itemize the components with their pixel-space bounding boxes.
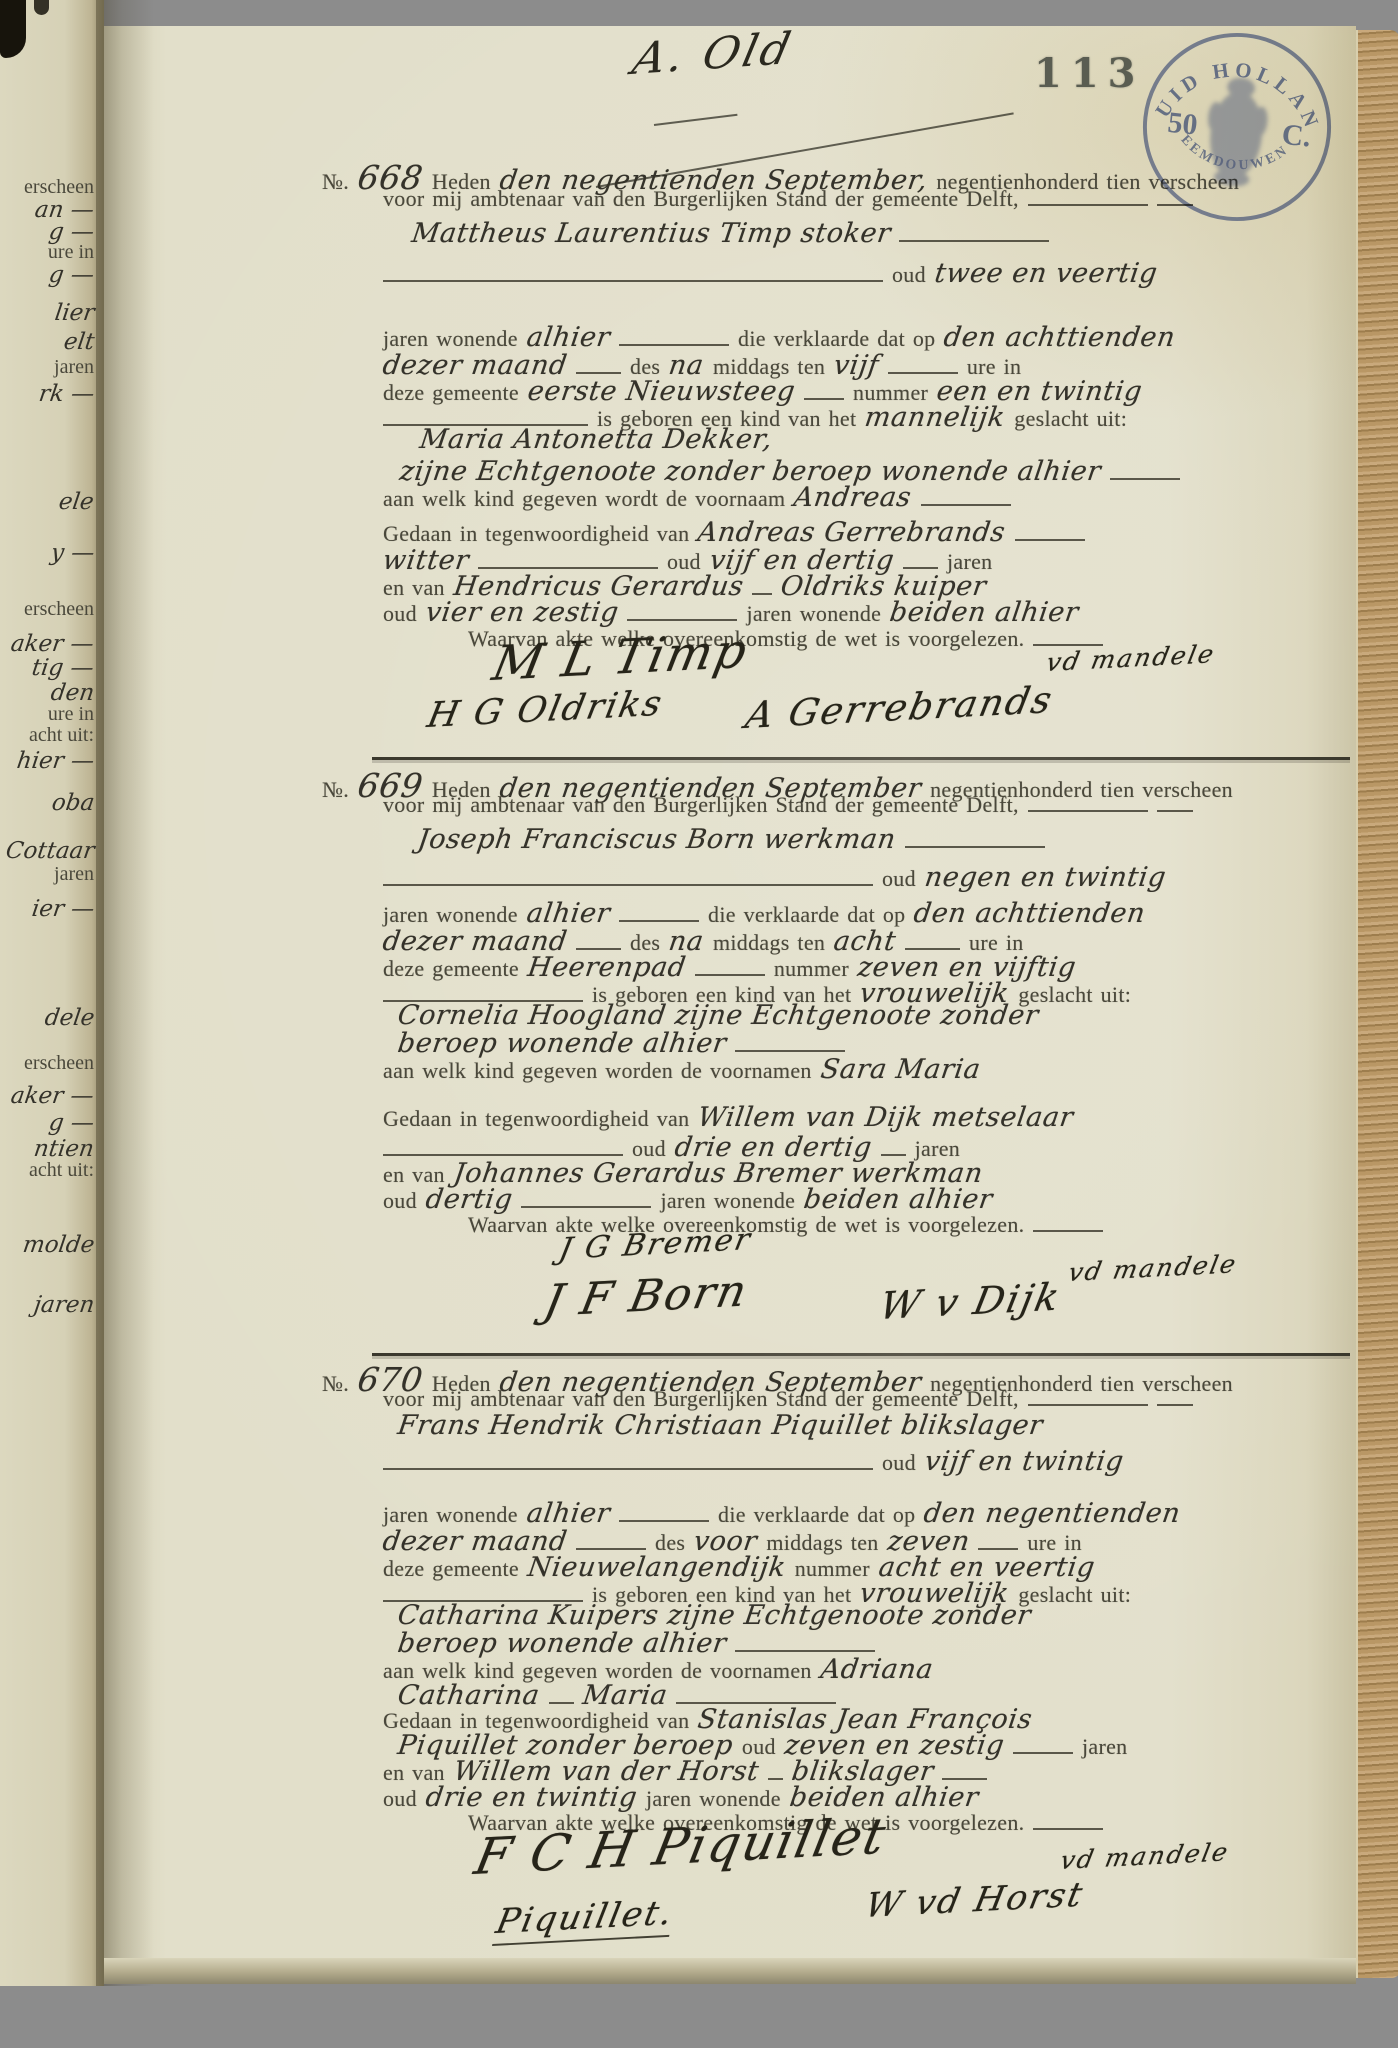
- handwritten-entry: Catharina Kuipers zijne Echtgenoote zond…: [396, 1600, 1033, 1631]
- blank-rule: [383, 880, 873, 886]
- record-670-line: jaren wonendealhierdie verklaarde dat op…: [383, 1498, 1190, 1529]
- blank-rule: [804, 394, 844, 400]
- blank-rule: [1028, 806, 1148, 812]
- blank-rule: [576, 1544, 646, 1550]
- blank-rule: [619, 340, 729, 346]
- blank-rule: [978, 1544, 1018, 1550]
- printed-form-text: geslacht uit:: [1014, 406, 1127, 431]
- blank-rule: [383, 1150, 623, 1156]
- printed-form-text: jaren wonende: [383, 326, 518, 351]
- printed-form-text: Gedaan in tegenwoordigheid van: [383, 521, 689, 546]
- record-668-line: Maria Antonetta Dekker,: [420, 424, 781, 455]
- handwritten-entry: Andreas Gerrebrands: [696, 517, 1008, 548]
- blank-rule: [1033, 1824, 1103, 1830]
- printed-form-text: voor mij ambtenaar van den Burgerlijken …: [383, 792, 1019, 817]
- handwritten-entry: werkman: [762, 824, 898, 855]
- printed-form-text: jaren wonende: [646, 1786, 781, 1811]
- blank-rule: [1028, 1400, 1148, 1406]
- printed-form-text: oud: [383, 1786, 417, 1811]
- handwritten-entry: Sara Maria: [819, 1054, 983, 1085]
- blank-rule: [735, 1046, 845, 1052]
- handwritten-entry: beiden alhier: [802, 1184, 995, 1215]
- blank-rule: [619, 916, 699, 922]
- record-668-line: jaren wonendealhierdie verklaarde dat op…: [383, 322, 1185, 353]
- record-668-line: Gedaan in tegenwoordigheid vanAndreas Ge…: [383, 517, 1094, 548]
- blank-rule: [735, 1646, 875, 1652]
- record-668-line: Mattheus Laurentius Timpstoker: [412, 218, 1058, 249]
- scanned-register-page: erscheenan —g —ure ing —liereltjarenrk —…: [0, 0, 1398, 2048]
- record-separator: [372, 1353, 1350, 1356]
- signature-vd-mandele: vd mandele: [1058, 1837, 1232, 1875]
- blank-rule: [899, 236, 1049, 242]
- printed-form-text: jaren wonende: [660, 1188, 795, 1213]
- handwritten-entry: den achttienden: [912, 898, 1148, 929]
- printed-form-text: №.: [322, 169, 349, 194]
- record-668-line: oudtwee en veertig: [383, 258, 1166, 289]
- printed-form-text: die verklaarde dat op: [738, 326, 935, 351]
- blank-rule: [881, 1150, 906, 1156]
- handwritten-entry: mannelijk: [863, 402, 1007, 433]
- printed-form-text: voor mij ambtenaar van den Burgerlijken …: [383, 186, 1019, 211]
- blank-rule: [942, 1774, 987, 1780]
- record-668-line: aan welk kind gegeven wordt de voornaamA…: [383, 482, 1020, 513]
- signature-w-vd-horst: W vd Horst: [862, 1875, 1087, 1926]
- blank-rule: [1157, 806, 1193, 812]
- record-669-line: jaren wonendealhierdie verklaarde dat op…: [383, 898, 1155, 929]
- printed-form-text: die verklaarde dat op: [718, 1502, 915, 1527]
- blank-rule: [1015, 535, 1085, 541]
- blank-rule: [383, 276, 883, 282]
- handwritten-entry: alhier: [525, 898, 613, 929]
- blank-rule: [921, 500, 1011, 506]
- handwritten-entry: alhier: [525, 322, 613, 353]
- record-669-line: ouddertigjaren wonendebeiden alhier: [383, 1184, 1002, 1215]
- blank-rule: [905, 944, 960, 950]
- blank-rule: [619, 1516, 709, 1522]
- record-669-line: Joseph Franciscus Bornwerkman: [418, 824, 1054, 855]
- printed-form-text: oud: [892, 262, 926, 287]
- record-670-line: ouddrie en twintigjaren wonendebeiden al…: [383, 1782, 987, 1813]
- printed-form-text: die verklaarde dat op: [708, 902, 905, 927]
- handwritten-entry: twee en veertig: [933, 258, 1160, 289]
- record-separator: [372, 757, 1350, 760]
- handwritten-entry: Willem van Dijk metselaar: [696, 1102, 1076, 1133]
- blank-rule: [1157, 1400, 1193, 1406]
- printed-form-text: Gedaan in tegenwoordigheid van: [383, 1106, 689, 1131]
- printed-form-text: jaren wonende: [383, 1502, 518, 1527]
- record-670-line: voor mij ambtenaar van den Burgerlijken …: [383, 1386, 1202, 1412]
- blank-rule: [383, 1464, 873, 1470]
- record-668-line: voor mij ambtenaar van den Burgerlijken …: [383, 186, 1202, 212]
- handwritten-entry: Joseph Franciscus Born: [416, 824, 758, 855]
- record-670-line: Catharina Kuipers zijne Echtgenoote zond…: [398, 1600, 1040, 1631]
- stamp-value-right: C.: [1280, 119, 1312, 154]
- handwritten-entry: Mattheus Laurentius Timp: [410, 218, 794, 249]
- handwritten-entry: Frans Hendrik Christiaan Piquillet bliks…: [396, 1410, 1045, 1441]
- record-669-line: oudnegen en twintig: [383, 862, 1175, 893]
- handwritten-entry: alhier: [525, 1498, 613, 1529]
- handwritten-entry: stoker: [798, 218, 892, 249]
- handwritten-entry: beiden alhier: [888, 597, 1081, 628]
- signature-vd-mandele: vd mandele: [1066, 1249, 1240, 1287]
- handwritten-entry: Maria Antonetta Dekker,: [418, 424, 775, 455]
- record-669-line: aan welk kind gegeven worden de voorname…: [383, 1054, 989, 1085]
- blank-rule: [1110, 474, 1180, 480]
- record-669-line: Cornelia Hoogland zijne Echtgenoote zond…: [398, 1000, 1048, 1031]
- handwritten-entry: dertig: [424, 1184, 515, 1215]
- stamp-coat-of-arms: [1201, 75, 1271, 190]
- record-669-line: Gedaan in tegenwoordigheid vanWillem van…: [383, 1102, 1083, 1133]
- blank-rule: [576, 368, 621, 374]
- blank-rule: [752, 589, 772, 595]
- blank-rule: [478, 563, 658, 569]
- handwritten-entry: drie en twintig: [424, 1782, 639, 1813]
- record-669-line: voor mij ambtenaar van den Burgerlijken …: [383, 792, 1202, 818]
- signature-h-g-oldriks: H G Oldriks: [424, 684, 667, 736]
- record-670-line: Frans Hendrik Christiaan Piquillet bliks…: [398, 1410, 1052, 1441]
- blank-rule: [576, 944, 621, 950]
- blank-rule: [1013, 1748, 1073, 1754]
- printed-form-text: jaren wonende: [383, 902, 518, 927]
- handwritten-entry: Cornelia Hoogland zijne Echtgenoote zond…: [396, 1000, 1041, 1031]
- handwritten-entry: negen en twintig: [923, 862, 1168, 893]
- handwritten-entry: den achttienden: [942, 322, 1178, 353]
- signature-a-gerrebrands: A Gerrebrands: [742, 678, 1057, 737]
- records-layer: №.668Hedenden negentienden September,neg…: [0, 0, 1398, 2048]
- signature-piquillet-: Piquillet.: [492, 1893, 677, 1946]
- handwritten-entry: den negentienden: [922, 1498, 1183, 1529]
- handwritten-entry: vier en zestig: [424, 597, 621, 628]
- printed-form-text: №.: [322, 1371, 349, 1396]
- blank-rule: [768, 1774, 783, 1780]
- printed-form-text: aan welk kind gegeven worden de voorname…: [383, 1058, 812, 1083]
- printed-form-text: №.: [322, 777, 349, 802]
- signature-j-f-born: J F Born: [540, 1266, 753, 1327]
- printed-form-text: oud: [882, 1450, 916, 1475]
- blank-rule: [695, 970, 765, 976]
- signature-w-v-dijk: W v Dijk: [876, 1275, 1065, 1328]
- handwritten-entry: vijf en twintig: [923, 1446, 1126, 1477]
- revenue-stamp: ZUID HOLLAND EEMDOUWEN 50 C.: [1128, 18, 1346, 236]
- blank-rule: [903, 563, 938, 569]
- printed-form-text: jaren: [1082, 1734, 1127, 1759]
- page-number: 113: [1034, 50, 1145, 97]
- printed-form-text: oud: [383, 601, 417, 626]
- printed-form-text: jaren wonende: [746, 601, 881, 626]
- blank-rule: [905, 842, 1045, 848]
- handwritten-entry: Andreas: [792, 482, 914, 513]
- printed-form-text: aan welk kind gegeven wordt de voornaam: [383, 486, 785, 511]
- blank-rule: [627, 615, 737, 621]
- printed-form-text: oud: [882, 866, 916, 891]
- printed-form-text: voor mij ambtenaar van den Burgerlijken …: [383, 1386, 1019, 1411]
- blank-rule: [888, 368, 958, 374]
- printed-form-text: oud: [383, 1188, 417, 1213]
- blank-rule: [521, 1202, 651, 1208]
- blank-rule: [1033, 1226, 1103, 1232]
- record-670-line: oudvijf en twintig: [383, 1446, 1132, 1477]
- stamp-value-left: 50: [1166, 107, 1199, 142]
